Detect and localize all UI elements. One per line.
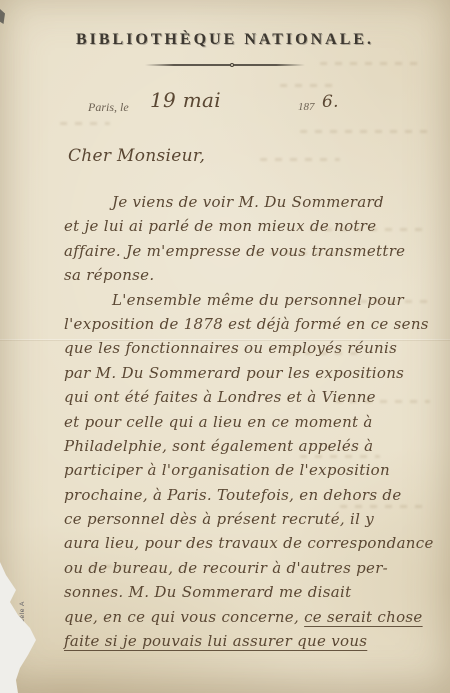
date-day-handwritten: 19 mai (150, 88, 221, 112)
letter-paper: BIBLIOTHÈQUE NATIONALE. Paris, le 19 mai… (0, 0, 450, 693)
date-line: Paris, le 19 mai 187 6. (0, 86, 450, 122)
letter-line: sa réponse. (64, 263, 442, 287)
ink-showthrough (255, 252, 345, 255)
paper-crease (0, 339, 450, 341)
letter-line: affaire. Je m'empresse de vous transmett… (64, 239, 442, 263)
letter-line: que, en ce qui vous concerne, ce serait … (64, 605, 442, 629)
letter-line: prochaine, à Paris. Toutefois, en dehors… (64, 483, 442, 507)
ink-showthrough (335, 400, 430, 403)
ink-showthrough (320, 62, 420, 65)
letterhead-title: BIBLIOTHÈQUE NATIONALE. (0, 31, 450, 49)
date-year-digit-handwritten: 6. (322, 92, 339, 112)
letter-line: aura lieu, pour des travaux de correspon… (64, 531, 442, 555)
letter-line: ou de bureau, de recourir à d'autres per… (64, 556, 442, 580)
divider-dot-icon (230, 63, 235, 68)
date-prefix-printed: Paris, le (88, 100, 129, 115)
divider-rule (145, 64, 305, 66)
ink-showthrough (60, 122, 110, 125)
line-segment: que, en ce qui vous concerne, (64, 608, 304, 626)
ink-showthrough (290, 352, 360, 355)
letter-line: et je lui ai parlé de mon mieux de notre (64, 214, 442, 238)
underlined-phrase: ce serait chose (304, 608, 423, 626)
ink-showthrough (300, 130, 430, 133)
date-year-printed: 187 (298, 101, 315, 113)
letter-line: faite si je pouvais lui assurer que vous (64, 629, 442, 653)
ink-showthrough (330, 300, 430, 303)
letter-line: par M. Du Sommerard pour les expositions (64, 361, 442, 385)
letter-body: Je viens de voir M. Du Sommerard et je l… (64, 190, 442, 653)
stationery-model-label: Modèle A (19, 601, 26, 633)
edge-blemish (0, 9, 5, 24)
letter-line: qui ont été faites à Londres et à Vienne (64, 385, 442, 409)
ink-showthrough (340, 505, 430, 508)
letter-line: sonnes. M. Du Sommerard me disait (64, 580, 442, 604)
letter-line: et pour celle qui a lieu en ce moment à (64, 410, 442, 434)
ink-showthrough (300, 455, 380, 458)
ink-showthrough (90, 565, 130, 568)
ink-showthrough (260, 158, 340, 161)
letter-line: Je viens de voir M. Du Sommerard (64, 190, 442, 214)
letter-line: participer à l'organisation de l'exposit… (64, 458, 442, 482)
letter-line: l'exposition de 1878 est déjà formé en c… (64, 312, 442, 336)
ink-showthrough (280, 84, 340, 87)
letter-line: ce personnel dès à présent recruté, il y (64, 507, 442, 531)
ornament-divider (145, 62, 305, 68)
photo-backdrop: BIBLIOTHÈQUE NATIONALE. Paris, le 19 mai… (0, 0, 450, 693)
ink-showthrough (310, 228, 430, 231)
letter-line: Philadelphie, sont également appelés à (64, 434, 442, 458)
salutation: Cher Monsieur, (68, 146, 205, 166)
